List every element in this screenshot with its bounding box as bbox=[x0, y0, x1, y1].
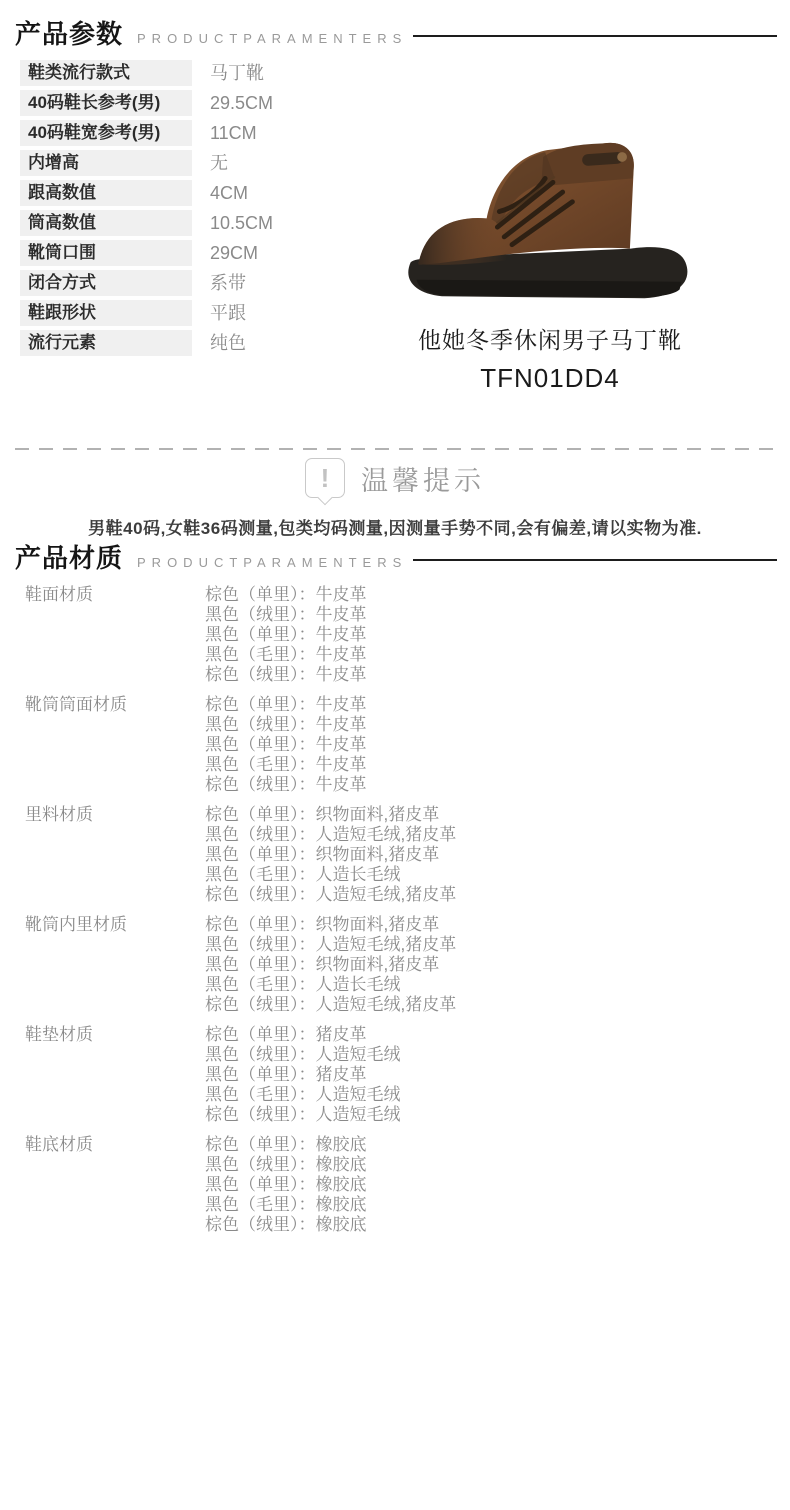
material-label: 里料材质 bbox=[25, 805, 205, 905]
param-row: 靴筒口围 29CM bbox=[20, 240, 380, 266]
material-line: 黑色（绒里）：人造短毛绒,猪皮革 bbox=[205, 825, 765, 845]
material-lines: 棕色（单里）：牛皮革黑色（绒里）：牛皮革黑色（单里）：牛皮革黑色（毛里）：牛皮革… bbox=[205, 585, 765, 685]
material-group: 鞋底材质 棕色（单里）：橡胶底黑色（绒里）：橡胶底黑色（单里）：橡胶底黑色（毛里… bbox=[25, 1135, 765, 1235]
param-row: 鞋跟形状 平跟 bbox=[20, 300, 380, 326]
product-detail-page: 产品参数 PRODUCTPARAMENTERS 鞋类流行款式 马丁靴 40码鞋长… bbox=[0, 0, 790, 1510]
param-row: 40码鞋长参考(男) 29.5CM bbox=[20, 90, 380, 116]
param-value: 10.5CM bbox=[210, 210, 273, 236]
params-section-subtitle: PRODUCTPARAMENTERS bbox=[137, 31, 407, 46]
tips-header: ! 温馨提示 bbox=[0, 458, 790, 498]
param-value: 平跟 bbox=[210, 300, 246, 326]
material-line: 黑色（单里）：牛皮革 bbox=[205, 625, 765, 645]
material-line: 黑色（毛里）：人造短毛绒 bbox=[205, 1085, 765, 1105]
param-value: 29.5CM bbox=[210, 90, 273, 116]
material-line: 棕色（单里）：牛皮革 bbox=[205, 585, 765, 605]
param-row: 鞋类流行款式 马丁靴 bbox=[20, 60, 380, 86]
tips-title: 温馨提示 bbox=[361, 459, 485, 498]
material-group: 里料材质 棕色（单里）：织物面料,猪皮革黑色（绒里）：人造短毛绒,猪皮革黑色（单… bbox=[25, 805, 765, 905]
material-line: 黑色（毛里）：人造长毛绒 bbox=[205, 975, 765, 995]
param-value: 29CM bbox=[210, 240, 258, 266]
material-line: 黑色（单里）：橡胶底 bbox=[205, 1175, 765, 1195]
param-label: 内增高 bbox=[20, 150, 192, 176]
product-model-code: TFN01DD4 bbox=[385, 363, 715, 394]
exclamation-bubble-icon: ! bbox=[305, 458, 345, 498]
param-label: 闭合方式 bbox=[20, 270, 192, 296]
header-rule-line bbox=[413, 35, 777, 37]
param-row: 筒高数值 10.5CM bbox=[20, 210, 380, 236]
params-section-header: 产品参数 PRODUCTPARAMENTERS bbox=[15, 14, 777, 51]
param-value: 纯色 bbox=[210, 330, 246, 356]
material-lines: 棕色（单里）：织物面料,猪皮革黑色（绒里）：人造短毛绒,猪皮革黑色（单里）：织物… bbox=[205, 805, 765, 905]
param-label: 筒高数值 bbox=[20, 210, 192, 236]
product-photo-brown-boot bbox=[395, 118, 705, 308]
param-label: 流行元素 bbox=[20, 330, 192, 356]
materials-table: 鞋面材质 棕色（单里）：牛皮革黑色（绒里）：牛皮革黑色（单里）：牛皮革黑色（毛里… bbox=[25, 585, 765, 1245]
product-name: 他她冬季休闲男子马丁靴 bbox=[385, 322, 715, 355]
material-line: 棕色（单里）：猪皮革 bbox=[205, 1025, 765, 1045]
param-label: 鞋类流行款式 bbox=[20, 60, 192, 86]
material-line: 棕色（单里）：橡胶底 bbox=[205, 1135, 765, 1155]
material-line: 黑色（单里）：织物面料,猪皮革 bbox=[205, 845, 765, 865]
material-line: 黑色（绒里）：人造短毛绒 bbox=[205, 1045, 765, 1065]
param-label: 鞋跟形状 bbox=[20, 300, 192, 326]
material-line: 黑色（单里）：牛皮革 bbox=[205, 735, 765, 755]
material-lines: 棕色（单里）：织物面料,猪皮革黑色（绒里）：人造短毛绒,猪皮革黑色（单里）：织物… bbox=[205, 915, 765, 1015]
material-lines: 棕色（单里）：橡胶底黑色（绒里）：橡胶底黑色（单里）：橡胶底黑色（毛里）：橡胶底… bbox=[205, 1135, 765, 1235]
param-label: 40码鞋宽参考(男) bbox=[20, 120, 192, 146]
param-label: 跟高数值 bbox=[20, 180, 192, 206]
param-label: 40码鞋长参考(男) bbox=[20, 90, 192, 116]
material-line: 黑色（单里）：织物面料,猪皮革 bbox=[205, 955, 765, 975]
material-line: 棕色（单里）：牛皮革 bbox=[205, 695, 765, 715]
material-line: 黑色（绒里）：橡胶底 bbox=[205, 1155, 765, 1175]
param-row: 流行元素 纯色 bbox=[20, 330, 380, 356]
material-line: 黑色（绒里）：牛皮革 bbox=[205, 715, 765, 735]
material-label: 鞋面材质 bbox=[25, 585, 205, 685]
material-group: 鞋面材质 棕色（单里）：牛皮革黑色（绒里）：牛皮革黑色（单里）：牛皮革黑色（毛里… bbox=[25, 585, 765, 685]
material-label: 鞋垫材质 bbox=[25, 1025, 205, 1125]
param-row: 跟高数值 4CM bbox=[20, 180, 380, 206]
material-label: 靴筒内里材质 bbox=[25, 915, 205, 1015]
material-line: 黑色（单里）：猪皮革 bbox=[205, 1065, 765, 1085]
param-value: 11CM bbox=[210, 120, 257, 146]
material-line: 棕色（单里）：织物面料,猪皮革 bbox=[205, 915, 765, 935]
material-line: 棕色（单里）：织物面料,猪皮革 bbox=[205, 805, 765, 825]
material-line: 黑色（绒里）：牛皮革 bbox=[205, 605, 765, 625]
param-row: 40码鞋宽参考(男) 11CM bbox=[20, 120, 380, 146]
params-table: 鞋类流行款式 马丁靴 40码鞋长参考(男) 29.5CM 40码鞋宽参考(男) … bbox=[20, 60, 380, 360]
material-label: 鞋底材质 bbox=[25, 1135, 205, 1235]
materials-section-title: 产品材质 bbox=[15, 538, 123, 575]
material-line: 棕色（绒里）：人造短毛绒,猪皮革 bbox=[205, 995, 765, 1015]
material-label: 靴筒筒面材质 bbox=[25, 695, 205, 795]
dashed-divider bbox=[15, 448, 775, 450]
param-value: 系带 bbox=[210, 270, 246, 296]
material-line: 黑色（绒里）：人造短毛绒,猪皮革 bbox=[205, 935, 765, 955]
materials-section-header: 产品材质 PRODUCTPARAMENTERS bbox=[15, 538, 777, 575]
material-line: 黑色（毛里）：牛皮革 bbox=[205, 645, 765, 665]
param-row: 内增高 无 bbox=[20, 150, 380, 176]
material-line: 棕色（绒里）：牛皮革 bbox=[205, 665, 765, 685]
material-line: 黑色（毛里）：橡胶底 bbox=[205, 1195, 765, 1215]
param-value: 无 bbox=[210, 150, 228, 176]
materials-section-subtitle: PRODUCTPARAMENTERS bbox=[137, 555, 407, 570]
material-line: 黑色（毛里）：人造长毛绒 bbox=[205, 865, 765, 885]
material-group: 鞋垫材质 棕色（单里）：猪皮革黑色（绒里）：人造短毛绒黑色（单里）：猪皮革黑色（… bbox=[25, 1025, 765, 1125]
param-row: 闭合方式 系带 bbox=[20, 270, 380, 296]
material-line: 棕色（绒里）：牛皮革 bbox=[205, 775, 765, 795]
material-group: 靴筒内里材质 棕色（单里）：织物面料,猪皮革黑色（绒里）：人造短毛绒,猪皮革黑色… bbox=[25, 915, 765, 1015]
material-line: 棕色（绒里）：人造短毛绒 bbox=[205, 1105, 765, 1125]
material-group: 靴筒筒面材质 棕色（单里）：牛皮革黑色（绒里）：牛皮革黑色（单里）：牛皮革黑色（… bbox=[25, 695, 765, 795]
tips-text: 男鞋40码,女鞋36码测量,包类均码测量,因测量手势不同,会有偏差,请以实物为准… bbox=[0, 514, 790, 539]
product-visual: 他她冬季休闲男子马丁靴 TFN01DD4 bbox=[385, 118, 715, 394]
tips-block: ! 温馨提示 男鞋40码,女鞋36码测量,包类均码测量,因测量手势不同,会有偏差… bbox=[0, 458, 790, 539]
material-line: 黑色（毛里）：牛皮革 bbox=[205, 755, 765, 775]
header-rule-line bbox=[413, 559, 777, 561]
params-section-title: 产品参数 bbox=[15, 14, 123, 51]
material-lines: 棕色（单里）：猪皮革黑色（绒里）：人造短毛绒黑色（单里）：猪皮革黑色（毛里）：人… bbox=[205, 1025, 765, 1125]
param-value: 4CM bbox=[210, 180, 248, 206]
param-label: 靴筒口围 bbox=[20, 240, 192, 266]
material-line: 棕色（绒里）：橡胶底 bbox=[205, 1215, 765, 1235]
exclamation-mark: ! bbox=[321, 465, 330, 491]
material-lines: 棕色（单里）：牛皮革黑色（绒里）：牛皮革黑色（单里）：牛皮革黑色（毛里）：牛皮革… bbox=[205, 695, 765, 795]
param-value: 马丁靴 bbox=[210, 60, 264, 86]
material-line: 棕色（绒里）：人造短毛绒,猪皮革 bbox=[205, 885, 765, 905]
